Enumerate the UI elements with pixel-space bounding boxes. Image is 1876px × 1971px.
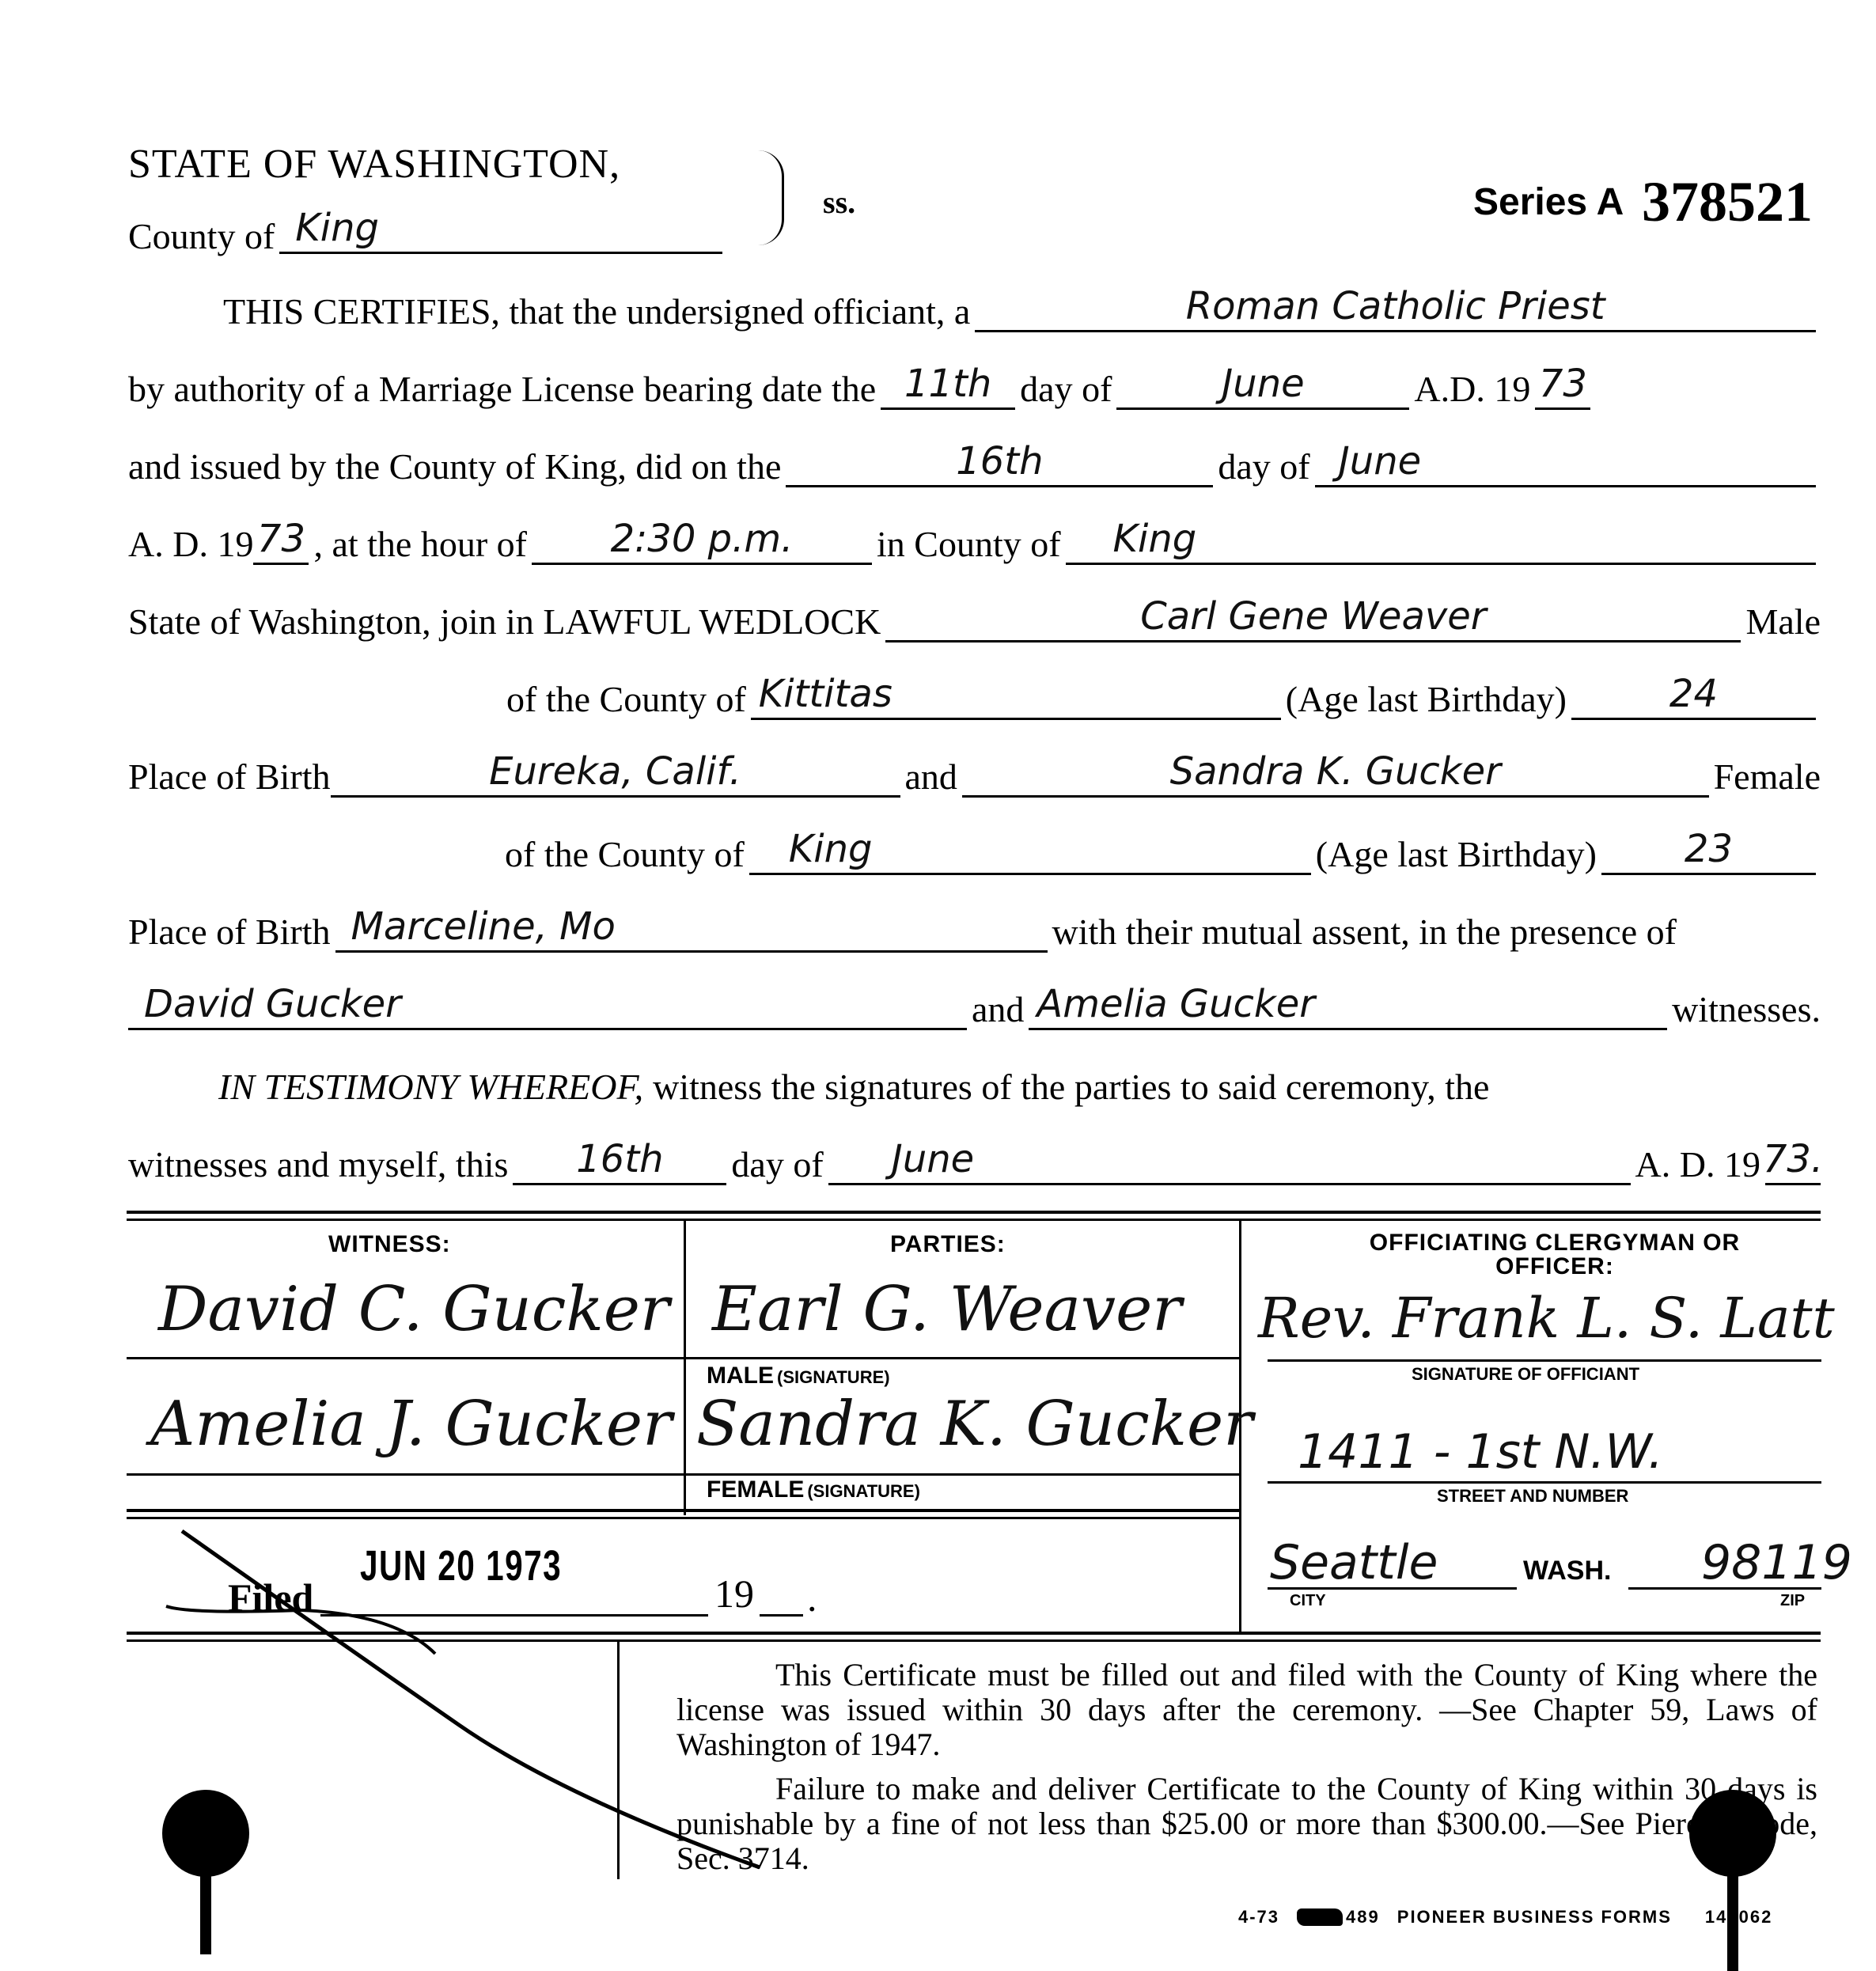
hour-field: 2:30 p.m. <box>532 515 872 565</box>
witnesses-label: witnesses. <box>1672 986 1821 1038</box>
day-of-label: day of <box>1020 366 1112 418</box>
form-number: 148062 <box>1705 1907 1772 1927</box>
testimony-heading: IN TESTIMONY WHEREOF, <box>128 1063 643 1116</box>
zip-value: 98119 <box>1701 1535 1852 1590</box>
punch-hole-left-stem <box>200 1852 211 1954</box>
birthplace-bride-line: Place of Birth Eureka, Calif. and Sandra… <box>128 750 1821 805</box>
groom-name-field: Carl Gene Weaver <box>885 593 1741 642</box>
female-signature-note: (SIGNATURE) <box>807 1481 920 1501</box>
street-rule <box>1268 1481 1821 1484</box>
officiant-sig-label: SIGNATURE OF OFFICIANT <box>1412 1364 1639 1385</box>
witness2-signature: Amelia J. Gucker <box>150 1389 672 1460</box>
bride-name: Sandra K. Gucker <box>1170 748 1501 795</box>
ss-label: ss. <box>823 184 855 221</box>
testimony-day-field: 16th <box>513 1135 726 1185</box>
union-label-icon <box>1297 1908 1343 1926</box>
witness2-sig-rule <box>127 1473 684 1476</box>
groom-age-label: (Age last Birthday) <box>1286 676 1567 728</box>
ink-stroke <box>158 1519 870 1891</box>
witness1-field: David Gucker <box>128 980 967 1030</box>
street-value: 1411 - 1st N.W. <box>1298 1424 1663 1480</box>
hour-label: , at the hour of <box>313 521 527 573</box>
bride-county-line: of the County of King (Age last Birthday… <box>128 828 1821 883</box>
witness-header: WITNESS: <box>328 1231 451 1258</box>
ceremony-month: June <box>1339 438 1422 485</box>
mutual-assent-text: with their mutual assent, in the presenc… <box>1052 908 1677 961</box>
male-label: Male <box>1745 598 1821 650</box>
groom-county-field: Kittitas <box>751 670 1281 720</box>
ceremony-year-field: 73 <box>253 515 309 565</box>
hour-value: 2:30 p.m. <box>611 515 794 563</box>
female-sig-rule <box>684 1473 1239 1476</box>
in-county-label: in County of <box>877 521 1061 573</box>
table-top-rule <box>127 1211 1821 1214</box>
wedlock-line: State of Washington, join in LAWFUL WEDL… <box>128 595 1821 650</box>
county-value: King <box>295 204 379 252</box>
city-value: Seattle <box>1270 1535 1438 1590</box>
form-footer: 4-73 489 PIONEER BUSINESS FORMS 148062 <box>1238 1907 1772 1927</box>
testimony-text: witness the signatures of the parties to… <box>643 1063 1489 1116</box>
testimony-month-field: June <box>828 1135 1631 1185</box>
table-top-rule-2 <box>127 1219 1821 1221</box>
wedlock-text: State of Washington, join in LAWFUL WEDL… <box>128 598 881 650</box>
groom-name: Carl Gene Weaver <box>1140 593 1486 640</box>
bride-age: 23 <box>1685 825 1733 873</box>
license-text: by authority of a Marriage License beari… <box>128 366 876 418</box>
ceremony-county-field: King <box>1066 515 1816 565</box>
female-label: Female <box>1714 753 1821 805</box>
printer-name: PIONEER BUSINESS FORMS <box>1397 1907 1672 1927</box>
witnesses-line: David Gucker and Amelia Gucker witnesses… <box>128 983 1821 1038</box>
issued-text: and issued by the County of King, did on… <box>128 443 781 495</box>
license-day: 11th <box>904 360 991 407</box>
wash-label: WASH. <box>1523 1556 1611 1586</box>
male-caption: MALE <box>707 1363 774 1389</box>
testimony-day: 16th <box>576 1135 663 1183</box>
female-signature: Sandra K. Gucker <box>696 1389 1253 1460</box>
testimony-line: IN TESTIMONY WHEREOF, witness the signat… <box>128 1060 1821 1116</box>
ad-label: A.D. 19 <box>1414 366 1530 418</box>
ceremony-year: 73 <box>257 515 305 563</box>
license-month: June <box>1222 360 1305 407</box>
bride-birthplace-field: Marceline, Mo <box>335 903 1048 953</box>
license-month-field: June <box>1116 360 1409 410</box>
officiant-header: OFFICIATING CLERGYMAN OR OFFICER: <box>1317 1231 1792 1279</box>
form-code: 489 <box>1346 1907 1380 1927</box>
witness2-name: Amelia Gucker <box>1037 980 1315 1028</box>
and-label: and <box>905 753 957 805</box>
certifies-line: THIS CERTIFIES, that the undersigned off… <box>128 285 1821 340</box>
witness2-field: Amelia Gucker <box>1029 980 1667 1030</box>
zip-rule <box>1628 1587 1821 1590</box>
testimony-year-field: 73. <box>1765 1135 1821 1185</box>
state-heading: STATE OF WASHINGTON, <box>128 141 620 188</box>
witness1-name: David Gucker <box>144 980 401 1028</box>
groom-birthplace-field: Eureka, Calif. <box>331 748 900 798</box>
male-signature: Earl G. Weaver <box>712 1274 1182 1345</box>
bride-county-field: King <box>749 825 1311 875</box>
officiant-title: Roman Catholic Priest <box>1186 282 1605 330</box>
female-caption: FEMALE <box>707 1476 804 1503</box>
brace <box>758 150 784 245</box>
parties-header: PARTIES: <box>890 1231 1006 1258</box>
male-sig-rule <box>684 1357 1239 1359</box>
bride-county-label: of the County of <box>128 831 745 883</box>
bride-name-field: Sandra K. Gucker <box>962 748 1709 798</box>
series-label: Series A <box>1473 180 1624 224</box>
female-sig-caption: FEMALE (SIGNATURE) <box>707 1476 920 1503</box>
groom-age-field: 24 <box>1571 670 1816 720</box>
street-label: STREET AND NUMBER <box>1437 1486 1628 1507</box>
form-date: 4-73 <box>1238 1907 1279 1927</box>
bride-county: King <box>789 825 873 873</box>
hour-line: A. D. 19 73 , at the hour of 2:30 p.m. i… <box>128 517 1821 573</box>
officiant-header-line1: OFFICIATING CLERGYMAN OR <box>1317 1231 1792 1255</box>
day-of-label-3: day of <box>731 1141 823 1193</box>
witness1-signature: David C. Gucker <box>158 1274 669 1345</box>
county-line: County of King <box>128 207 727 257</box>
groom-birthplace-label: Place of Birth <box>128 753 331 805</box>
male-signature-note: (SIGNATURE) <box>777 1367 890 1387</box>
ad-label-3: A. D. 19 <box>1635 1141 1760 1193</box>
groom-county-label: of the County of <box>128 676 746 728</box>
groom-county: Kittitas <box>759 670 893 718</box>
officiant-sig-rule <box>1268 1359 1821 1362</box>
zip-label: ZIP <box>1780 1592 1805 1610</box>
ceremony-county: King <box>1113 515 1197 563</box>
bride-birthplace-label: Place of Birth <box>128 908 331 961</box>
bride-birthplace-line: Place of Birth Marceline, Mo with their … <box>128 905 1821 961</box>
witness1-sig-rule <box>127 1357 684 1359</box>
testimony-date-line: witnesses and myself, this 16th day of J… <box>128 1138 1821 1193</box>
testimony-year: 73. <box>1763 1135 1823 1183</box>
testimony-prefix: witnesses and myself, this <box>128 1141 508 1193</box>
ceremony-date-line: and issued by the County of King, did on… <box>128 440 1821 495</box>
male-sig-caption: MALE (SIGNATURE) <box>707 1363 890 1389</box>
officiant-title-field: Roman Catholic Priest <box>975 282 1816 332</box>
certifies-text: THIS CERTIFIES, that the undersigned off… <box>128 288 970 340</box>
filed-top-rule <box>127 1509 1239 1512</box>
ceremony-day-field: 16th <box>786 438 1213 487</box>
city-rule <box>1268 1587 1517 1590</box>
series-number: 378521 <box>1642 169 1813 235</box>
officiant-header-line2: OFFICER: <box>1317 1255 1792 1279</box>
bride-birthplace: Marceline, Mo <box>351 903 616 950</box>
testimony-month: June <box>892 1135 975 1183</box>
divider-witness-parties <box>684 1219 686 1515</box>
license-day-field: 11th <box>881 360 1015 410</box>
county-field: King <box>279 207 722 254</box>
groom-county-line: of the County of Kittitas (Age last Birt… <box>128 673 1821 728</box>
ceremony-month-field: June <box>1315 438 1816 487</box>
day-of-label-2: day of <box>1218 443 1309 495</box>
county-label: County of <box>128 215 275 257</box>
city-label: CITY <box>1290 1592 1326 1610</box>
license-year: 73 <box>1539 360 1587 407</box>
groom-birthplace: Eureka, Calif. <box>489 748 741 795</box>
ceremony-day: 16th <box>956 438 1043 485</box>
bride-age-field: 23 <box>1601 825 1816 875</box>
and-label-2: and <box>972 986 1024 1038</box>
bride-age-label: (Age last Birthday) <box>1316 831 1597 883</box>
license-date-line: by authority of a Marriage License beari… <box>128 362 1821 418</box>
ad-label-2: A. D. 19 <box>128 521 253 573</box>
officiant-signature: Rev. Frank L. S. Latt <box>1258 1286 1835 1351</box>
license-year-field: 73 <box>1535 360 1590 410</box>
groom-age: 24 <box>1669 670 1718 718</box>
